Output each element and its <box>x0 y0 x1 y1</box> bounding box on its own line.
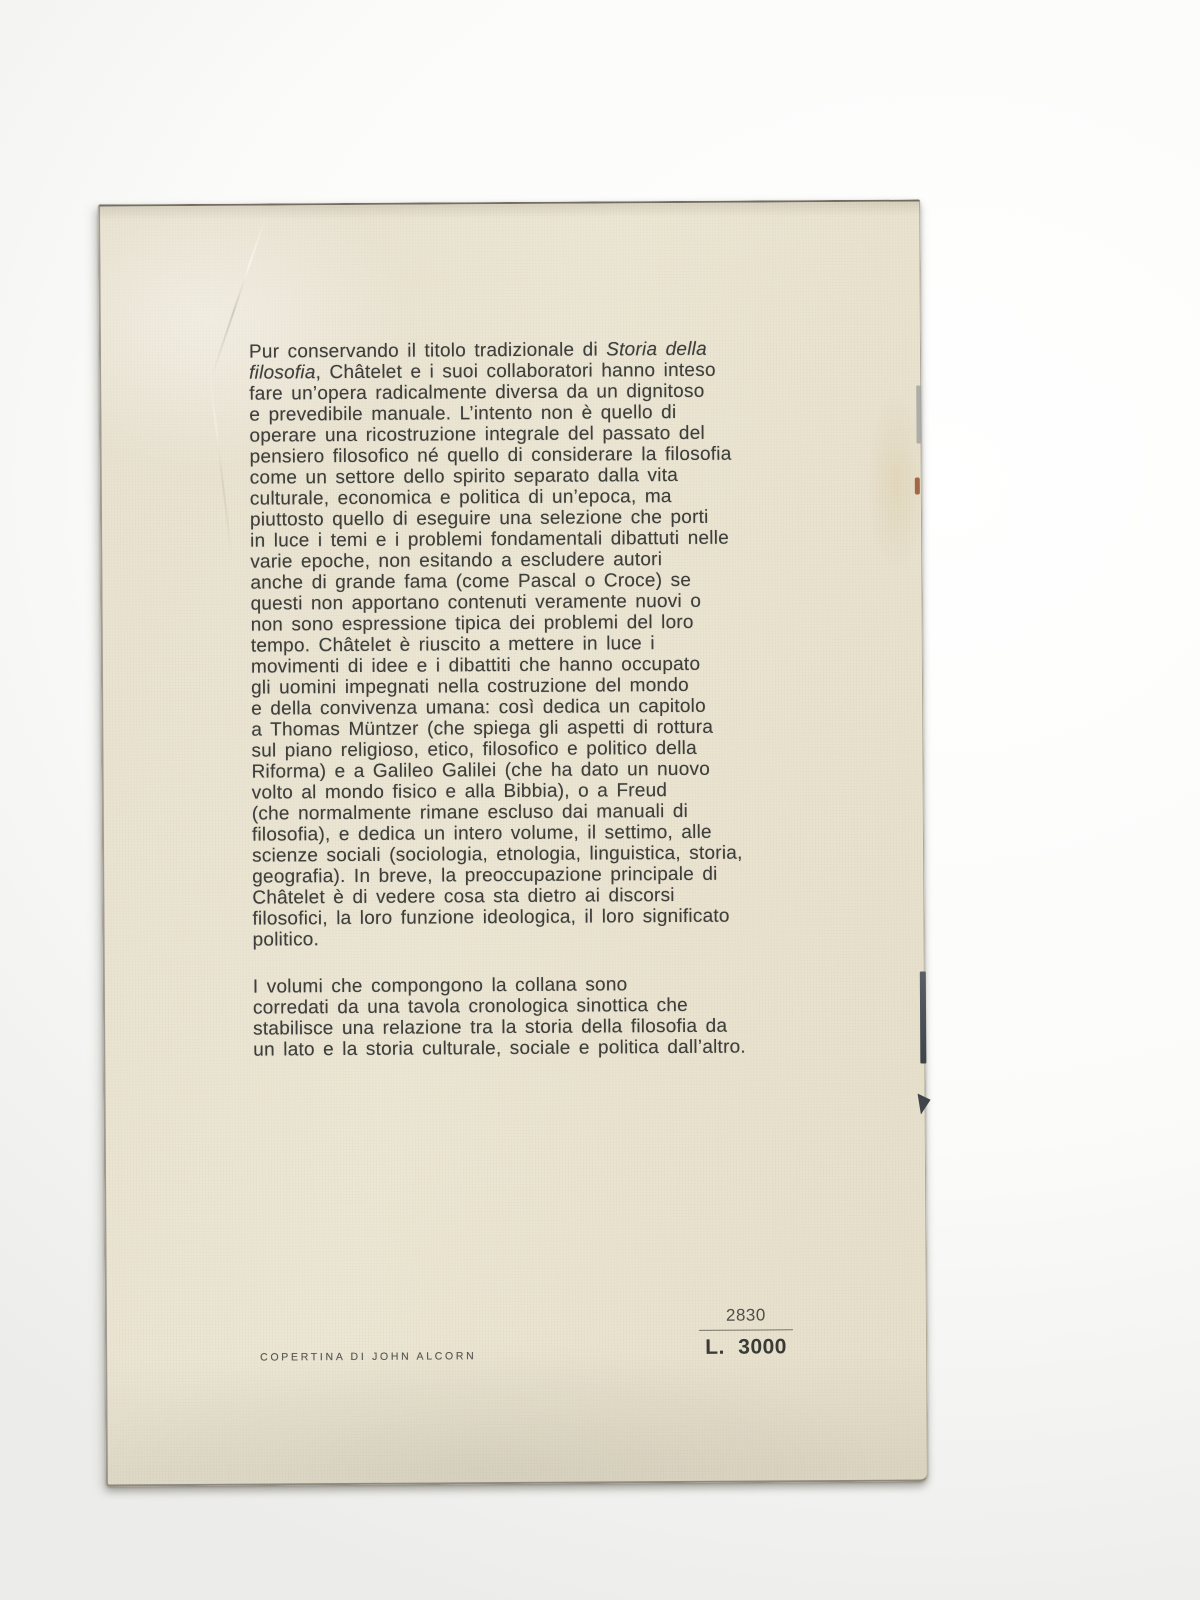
photo-background: { "colors": { "paper": "#e9e2d0", "text"… <box>0 0 1200 1600</box>
blurb-line: un lato e la storia culturale, sociale e… <box>253 1036 798 1060</box>
blurb-line: pensiero filosofico né quello di conside… <box>250 443 795 467</box>
blurb-paragraph: Pur conservando il titolo tradizionale d… <box>249 338 798 950</box>
price: L. 3000 <box>685 1335 807 1360</box>
blurb-line: in luce i temi e i problemi fondamentali… <box>250 527 795 551</box>
blurb-line: filosofici, la loro funzione ideologica,… <box>252 905 797 929</box>
blurb-text: Pur conservando il titolo tradizionale d… <box>249 338 798 1060</box>
series-code: 2830 <box>685 1305 807 1326</box>
edge-stain <box>915 478 920 495</box>
blurb-line: politico. <box>253 926 798 950</box>
edge-mark <box>918 1093 931 1114</box>
crease-mark <box>208 368 233 563</box>
cover-credit: COPERTINA DI JOHN ALCORN <box>260 1350 476 1363</box>
price-block: 2830 L. 3000 <box>685 1305 807 1360</box>
blurb-line: geografia). In breve, la preoccupazione … <box>252 863 797 887</box>
blurb-paragraph: I volumi che compongono la collana sonoc… <box>253 973 799 1060</box>
edge-mark <box>916 385 921 443</box>
book-back-cover: Pur conservando il titolo tradizionale d… <box>98 200 928 1487</box>
edge-mark <box>920 971 927 1063</box>
price-divider <box>699 1329 793 1331</box>
blurb-line: filosofia, Châtelet e i suoi collaborato… <box>249 359 794 383</box>
